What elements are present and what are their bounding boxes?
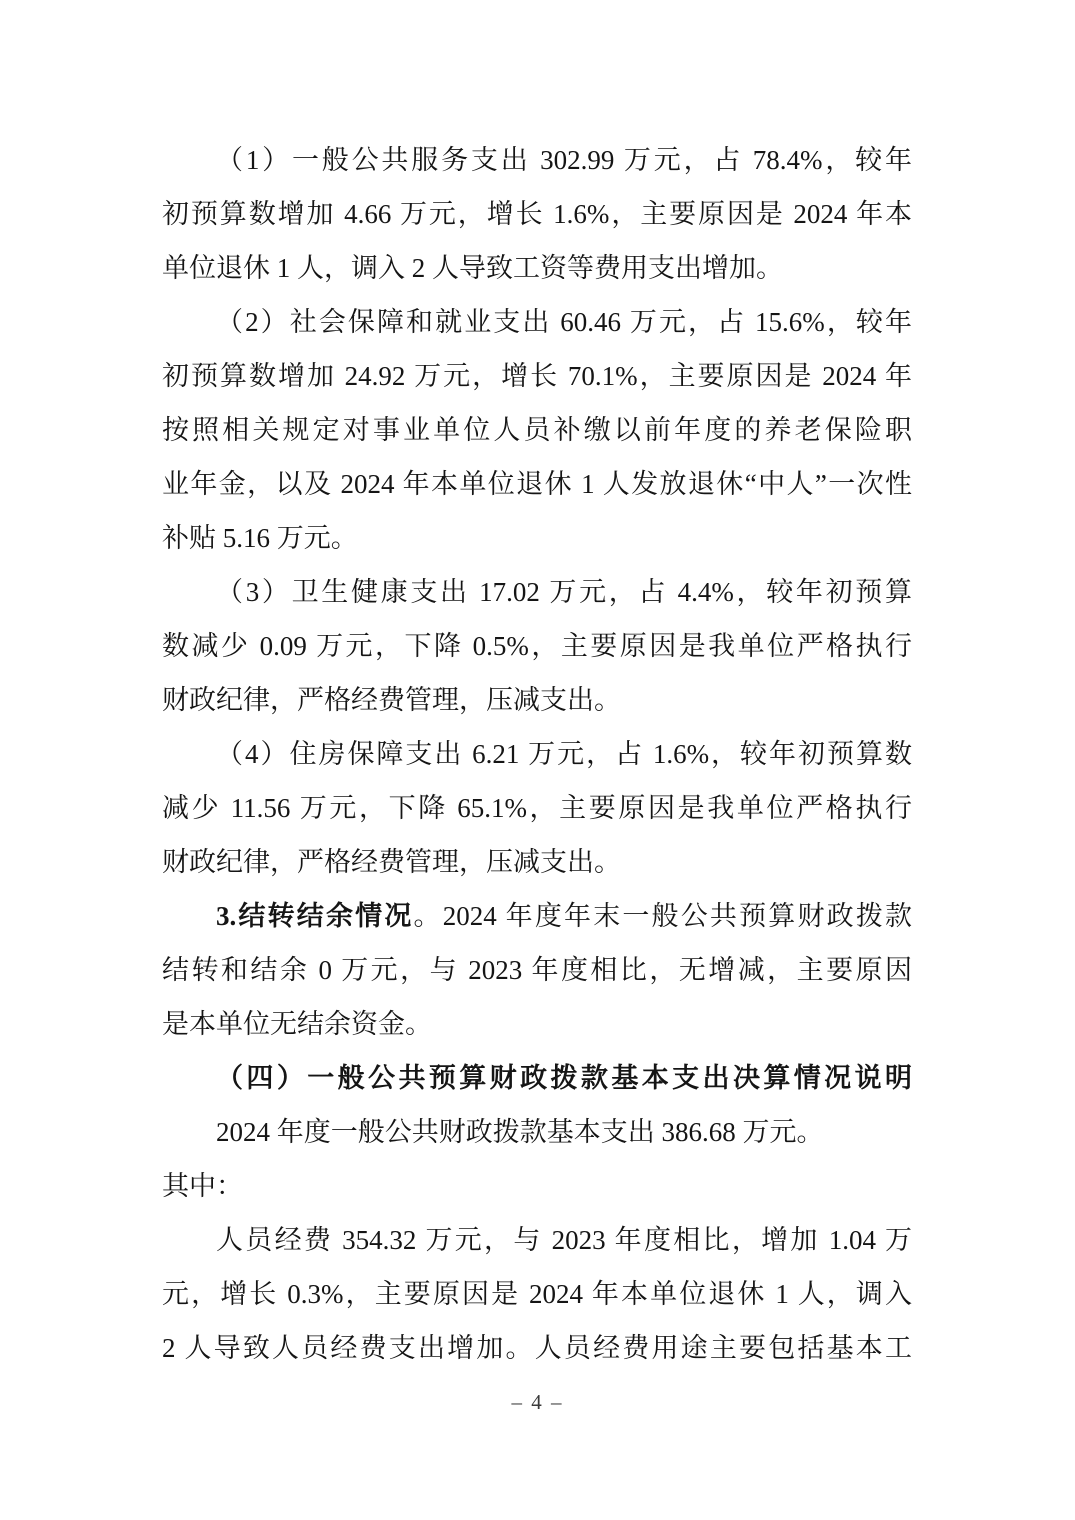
text-line: （3）卫生健康支出 17.02 万元，占 4.4%，较年初预算 xyxy=(162,565,912,619)
line-text: 初预算数增加 4.66 万元，增长 1.6%，主要原因是 2024 年本 xyxy=(162,199,912,229)
text-line: 业年金，以及 2024 年本单位退休 1 人发放退休“中人”一次性 xyxy=(162,457,912,511)
line-text: 是本单位无结余资金。 xyxy=(162,1009,432,1039)
line-text: 结转和结余 0 万元，与 2023 年度相比，无增减，主要原因 xyxy=(162,955,912,985)
page-footer: – 4 – xyxy=(0,1390,1075,1415)
text-line: 财政纪律，严格经费管理，压减支出。 xyxy=(162,673,912,727)
text-line: 元，增长 0.3%，主要原因是 2024 年本单位退休 1 人，调入 xyxy=(162,1267,912,1321)
line-text: （4）住房保障支出 6.21 万元，占 1.6%，较年初预算数 xyxy=(216,739,912,769)
line-text: 业年金，以及 2024 年本单位退休 1 人发放退休“中人”一次性 xyxy=(162,469,912,499)
line-text: 2024 年度一般公共财政拨款基本支出 386.68 万元。 xyxy=(216,1117,824,1147)
text-line: 数减少 0.09 万元，下降 0.5%，主要原因是我单位严格执行 xyxy=(162,619,912,673)
text-line: （4）住房保障支出 6.21 万元，占 1.6%，较年初预算数 xyxy=(162,727,912,781)
text-line: 其中： xyxy=(162,1159,912,1213)
line-text: 补贴 5.16 万元。 xyxy=(162,523,358,553)
heading-text: （四）一般公共预算财政拨款基本支出决算情况说明 xyxy=(216,1063,912,1093)
line-text: 单位退休 1 人，调入 2 人导致工资等费用支出增加。 xyxy=(162,253,783,283)
text-line: 单位退休 1 人，调入 2 人导致工资等费用支出增加。 xyxy=(162,241,912,295)
text-line: 3.结转结余情况。2024 年度年末一般公共预算财政拨款 xyxy=(162,889,912,943)
line-text: 财政纪律，严格经费管理，压减支出。 xyxy=(162,685,621,715)
line-text: 。2024 年度年末一般公共预算财政拨款 xyxy=(414,901,912,931)
text-line: （1）一般公共服务支出 302.99 万元，占 78.4%，较年 xyxy=(162,133,912,187)
document-body: （1）一般公共服务支出 302.99 万元，占 78.4%，较年初预算数增加 4… xyxy=(162,133,912,1375)
text-line: 初预算数增加 24.92 万元，增长 70.1%，主要原因是 2024 年 xyxy=(162,349,912,403)
line-text: 2 人导致人员经费支出增加。人员经费用途主要包括基本工 xyxy=(162,1333,912,1363)
line-text: 初预算数增加 24.92 万元，增长 70.1%，主要原因是 2024 年 xyxy=(162,361,912,391)
line-text: （2）社会保障和就业支出 60.46 万元，占 15.6%，较年 xyxy=(216,307,912,337)
section-heading: （四）一般公共预算财政拨款基本支出决算情况说明 xyxy=(162,1051,912,1105)
text-line: 财政纪律，严格经费管理，压减支出。 xyxy=(162,835,912,889)
line-text: （3）卫生健康支出 17.02 万元，占 4.4%，较年初预算 xyxy=(216,577,912,607)
line-text: 其中： xyxy=(162,1171,243,1201)
text-line: 初预算数增加 4.66 万元，增长 1.6%，主要原因是 2024 年本 xyxy=(162,187,912,241)
bold-text: 3.结转结余情况 xyxy=(216,901,414,931)
text-line: 是本单位无结余资金。 xyxy=(162,997,912,1051)
text-line: （2）社会保障和就业支出 60.46 万元，占 15.6%，较年 xyxy=(162,295,912,349)
document-page: （1）一般公共服务支出 302.99 万元，占 78.4%，较年初预算数增加 4… xyxy=(0,0,1075,1520)
text-line: 2024 年度一般公共财政拨款基本支出 386.68 万元。 xyxy=(162,1105,912,1159)
text-line: 结转和结余 0 万元，与 2023 年度相比，无增减，主要原因 xyxy=(162,943,912,997)
line-text: 按照相关规定对事业单位人员补缴以前年度的养老保险职 xyxy=(162,415,912,445)
page-number: – 4 – xyxy=(512,1390,564,1414)
line-text: （1）一般公共服务支出 302.99 万元，占 78.4%，较年 xyxy=(216,145,912,175)
line-text: 元，增长 0.3%，主要原因是 2024 年本单位退休 1 人，调入 xyxy=(162,1279,912,1309)
line-text: 财政纪律，严格经费管理，压减支出。 xyxy=(162,847,621,877)
line-text: 数减少 0.09 万元，下降 0.5%，主要原因是我单位严格执行 xyxy=(162,631,912,661)
text-line: 2 人导致人员经费支出增加。人员经费用途主要包括基本工 xyxy=(162,1321,912,1375)
text-line: 补贴 5.16 万元。 xyxy=(162,511,912,565)
text-line: 减少 11.56 万元，下降 65.1%，主要原因是我单位严格执行 xyxy=(162,781,912,835)
line-text: 减少 11.56 万元，下降 65.1%，主要原因是我单位严格执行 xyxy=(162,793,912,823)
text-line: 按照相关规定对事业单位人员补缴以前年度的养老保险职 xyxy=(162,403,912,457)
text-line: 人员经费 354.32 万元，与 2023 年度相比，增加 1.04 万 xyxy=(162,1213,912,1267)
line-text: 人员经费 354.32 万元，与 2023 年度相比，增加 1.04 万 xyxy=(216,1225,912,1255)
